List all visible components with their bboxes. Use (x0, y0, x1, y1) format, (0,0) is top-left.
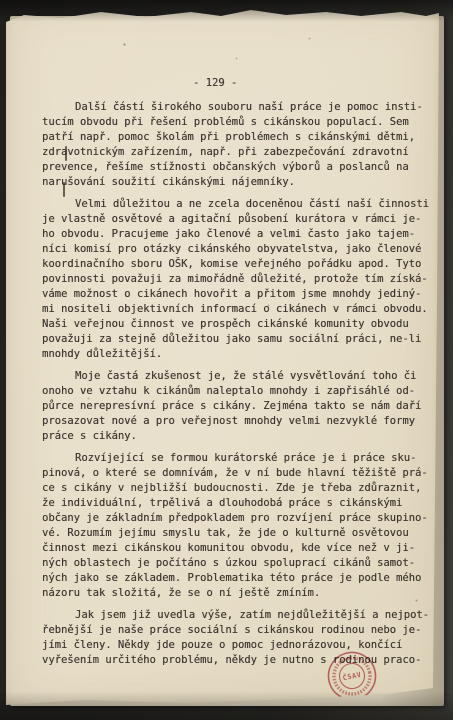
text-line: Další částí širokého souboru naší práce … (42, 100, 442, 115)
text-line: že individuální, trpělivá a dlouhodobá p… (42, 496, 442, 511)
text-line: jími členy. Někdy jde pouze o pomoc jedn… (42, 638, 442, 653)
text-line: prosazovat nové a pro veřejnost mnohdy v… (42, 414, 442, 429)
stamp-center-text: ČSAV (342, 670, 363, 683)
text-line: váme možnost o cikánech hovořit a přitom… (42, 287, 442, 302)
paragraph: Jak jsem již uvedla výše, zatím nejdůlež… (42, 608, 442, 668)
text-line: povinnosti považuji za mimořádně důležit… (42, 272, 442, 287)
text-line: ných oblastech je počítáno s úzkou spolu… (42, 556, 442, 571)
paragraph: Rozvíjející se formou kurátorské práce j… (42, 451, 442, 601)
text-line: Moje častá zkušenost je, že stálé vysvět… (42, 369, 442, 384)
text-line: koordinačního sboru OŠK, komise veřejnéh… (42, 257, 442, 272)
text-line: mnohdy důležitější. (42, 347, 442, 362)
text-line: patří např. pomoc školám při problémech … (42, 130, 442, 145)
text-line: zdravotnickým zařízením, např. při zabez… (42, 145, 442, 160)
paragraph: Moje častá zkušenost je, že stálé vysvět… (42, 369, 442, 444)
text-line: půrce nerepresívní práce s cikány. Zejmé… (42, 399, 442, 414)
text-line: narušování soužití cikánskými nájemníky. (42, 175, 442, 190)
document-page: - 129 - Další částí širokého souboru naš… (6, 0, 439, 708)
text-line: práce s cikány. (42, 429, 442, 444)
text-line: onoho ve vztahu k cikánům naleptalo mnoh… (42, 384, 442, 399)
text-line: je vlastně osvětové a agitační působení … (42, 212, 442, 227)
text-line: prevence, řešíme stížnosti občanských vý… (42, 160, 442, 175)
paragraph: Velmi důležitou a ne zcela doceněnou čás… (42, 197, 442, 362)
text-line: činnost mezi cikánskou komunitou obvodu,… (42, 541, 442, 556)
ink-artifact (63, 182, 65, 197)
text-line: považuji za stejně důležitou jako samu s… (42, 332, 442, 347)
text-line: ných jako se základem. Problematika této… (42, 571, 442, 586)
text-line: Jak jsem již uvedla výše, zatím nejdůlež… (42, 608, 442, 623)
paper-specks (6, 0, 7, 1)
text-line: ce s cikány v nejbližší budoucnosti. Zde… (42, 481, 442, 496)
ink-artifact (65, 146, 67, 161)
text-line: níci komisí pro otázky cikánského obyvat… (42, 242, 442, 257)
text-line: řebnější je naše práce sociální s cikáns… (42, 623, 442, 638)
text-line: tucím obvodu při řešení problémů s cikán… (42, 115, 442, 130)
text-line: Rozvíjející se formou kurátorské práce j… (42, 451, 442, 466)
text-line: Naši veřejnou činnost ve prospěch cikáns… (42, 317, 442, 332)
scanned-document: - 129 - Další částí širokého souboru naš… (0, 0, 453, 720)
text-line: Velmi důležitou a ne zcela doceněnou čás… (42, 197, 442, 212)
text-line: vé. Rozumím jejímu smyslu tak, že jde o … (42, 526, 442, 541)
text-line: občany je základním předpokladem pro roz… (42, 511, 442, 526)
text-line: mi nositeli objektivních informací o cik… (42, 302, 442, 317)
text-line: pinová, o které se domnívám, že v ní bud… (42, 466, 442, 481)
text-line: ho obvodu. Pracujeme jako členové a velm… (42, 227, 442, 242)
paragraph: Další částí širokého souboru naší práce … (42, 100, 442, 190)
page-number: - 129 - (193, 76, 237, 91)
text-line: názoru tak složitá, že se o ní ještě zmí… (42, 586, 442, 601)
page-text: Další částí širokého souboru naší práce … (42, 100, 442, 668)
text-line: vyřešením určitého problému, někdy je nu… (42, 653, 442, 668)
